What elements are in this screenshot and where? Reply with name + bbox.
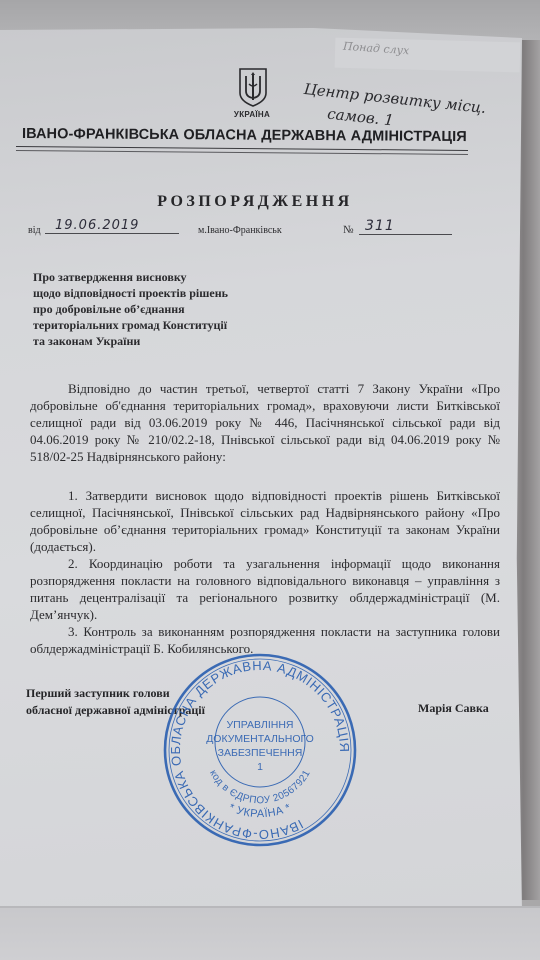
organization-title: ІВАНО-ФРАНКІВСЬКА ОБЛАСНА ДЕРЖАВНА АДМІН… <box>22 126 482 145</box>
subject-line: про добровільне об’єднання <box>33 301 293 317</box>
order-item-1: 1. Затвердити висновок щодо відповідност… <box>30 487 500 555</box>
number-label: № <box>343 224 354 236</box>
document-meta-row: від 19.06.2019 м.Івано-Франківськ № 311 <box>26 219 466 241</box>
underlying-sheet <box>0 908 540 960</box>
stamp-inner-line-1: УПРАВЛІННЯ <box>227 719 294 731</box>
subject-line: та законам України <box>33 333 293 349</box>
document-number: 311 <box>359 218 452 235</box>
order-item-2: 2. Координацію роботи та узагальнення ін… <box>30 555 500 623</box>
country-label: УКРАЇНА <box>222 110 282 119</box>
subject-line: Про затвердження висновку <box>33 269 293 285</box>
stamp-inner-line-2: ДОКУМЕНТАЛЬНОГО <box>206 733 314 745</box>
document-date: 19.06.2019 <box>45 218 179 234</box>
signatory-name: Марія Савка <box>418 701 489 716</box>
subject-line: щодо відповідності проектів рішень <box>33 285 293 301</box>
official-seal-stamp: ІВАНО-ФРАНКІВСЬКА ОБЛАСНА ДЕРЖАВНА АДМІН… <box>160 650 360 850</box>
date-label: від <box>28 225 41 236</box>
preamble-paragraph: Відповідно до частин третьої, четвертої … <box>30 380 500 465</box>
subject-line: територіальних громад Конституції <box>33 317 293 333</box>
trident-coat-of-arms-icon <box>237 67 269 107</box>
document-subject: Про затвердження висновку щодо відповідн… <box>33 269 293 349</box>
document-city: м.Івано-Франківськ <box>198 225 282 236</box>
stamp-inner-line-3: ЗАБЕЗПЕЧЕННЯ <box>218 747 303 759</box>
document-type-heading: РОЗПОРЯДЖЕННЯ <box>150 193 360 211</box>
document-body: Відповідно до частин третьої, четвертої … <box>30 380 500 657</box>
stamp-inner-line-4: 1 <box>257 761 263 773</box>
